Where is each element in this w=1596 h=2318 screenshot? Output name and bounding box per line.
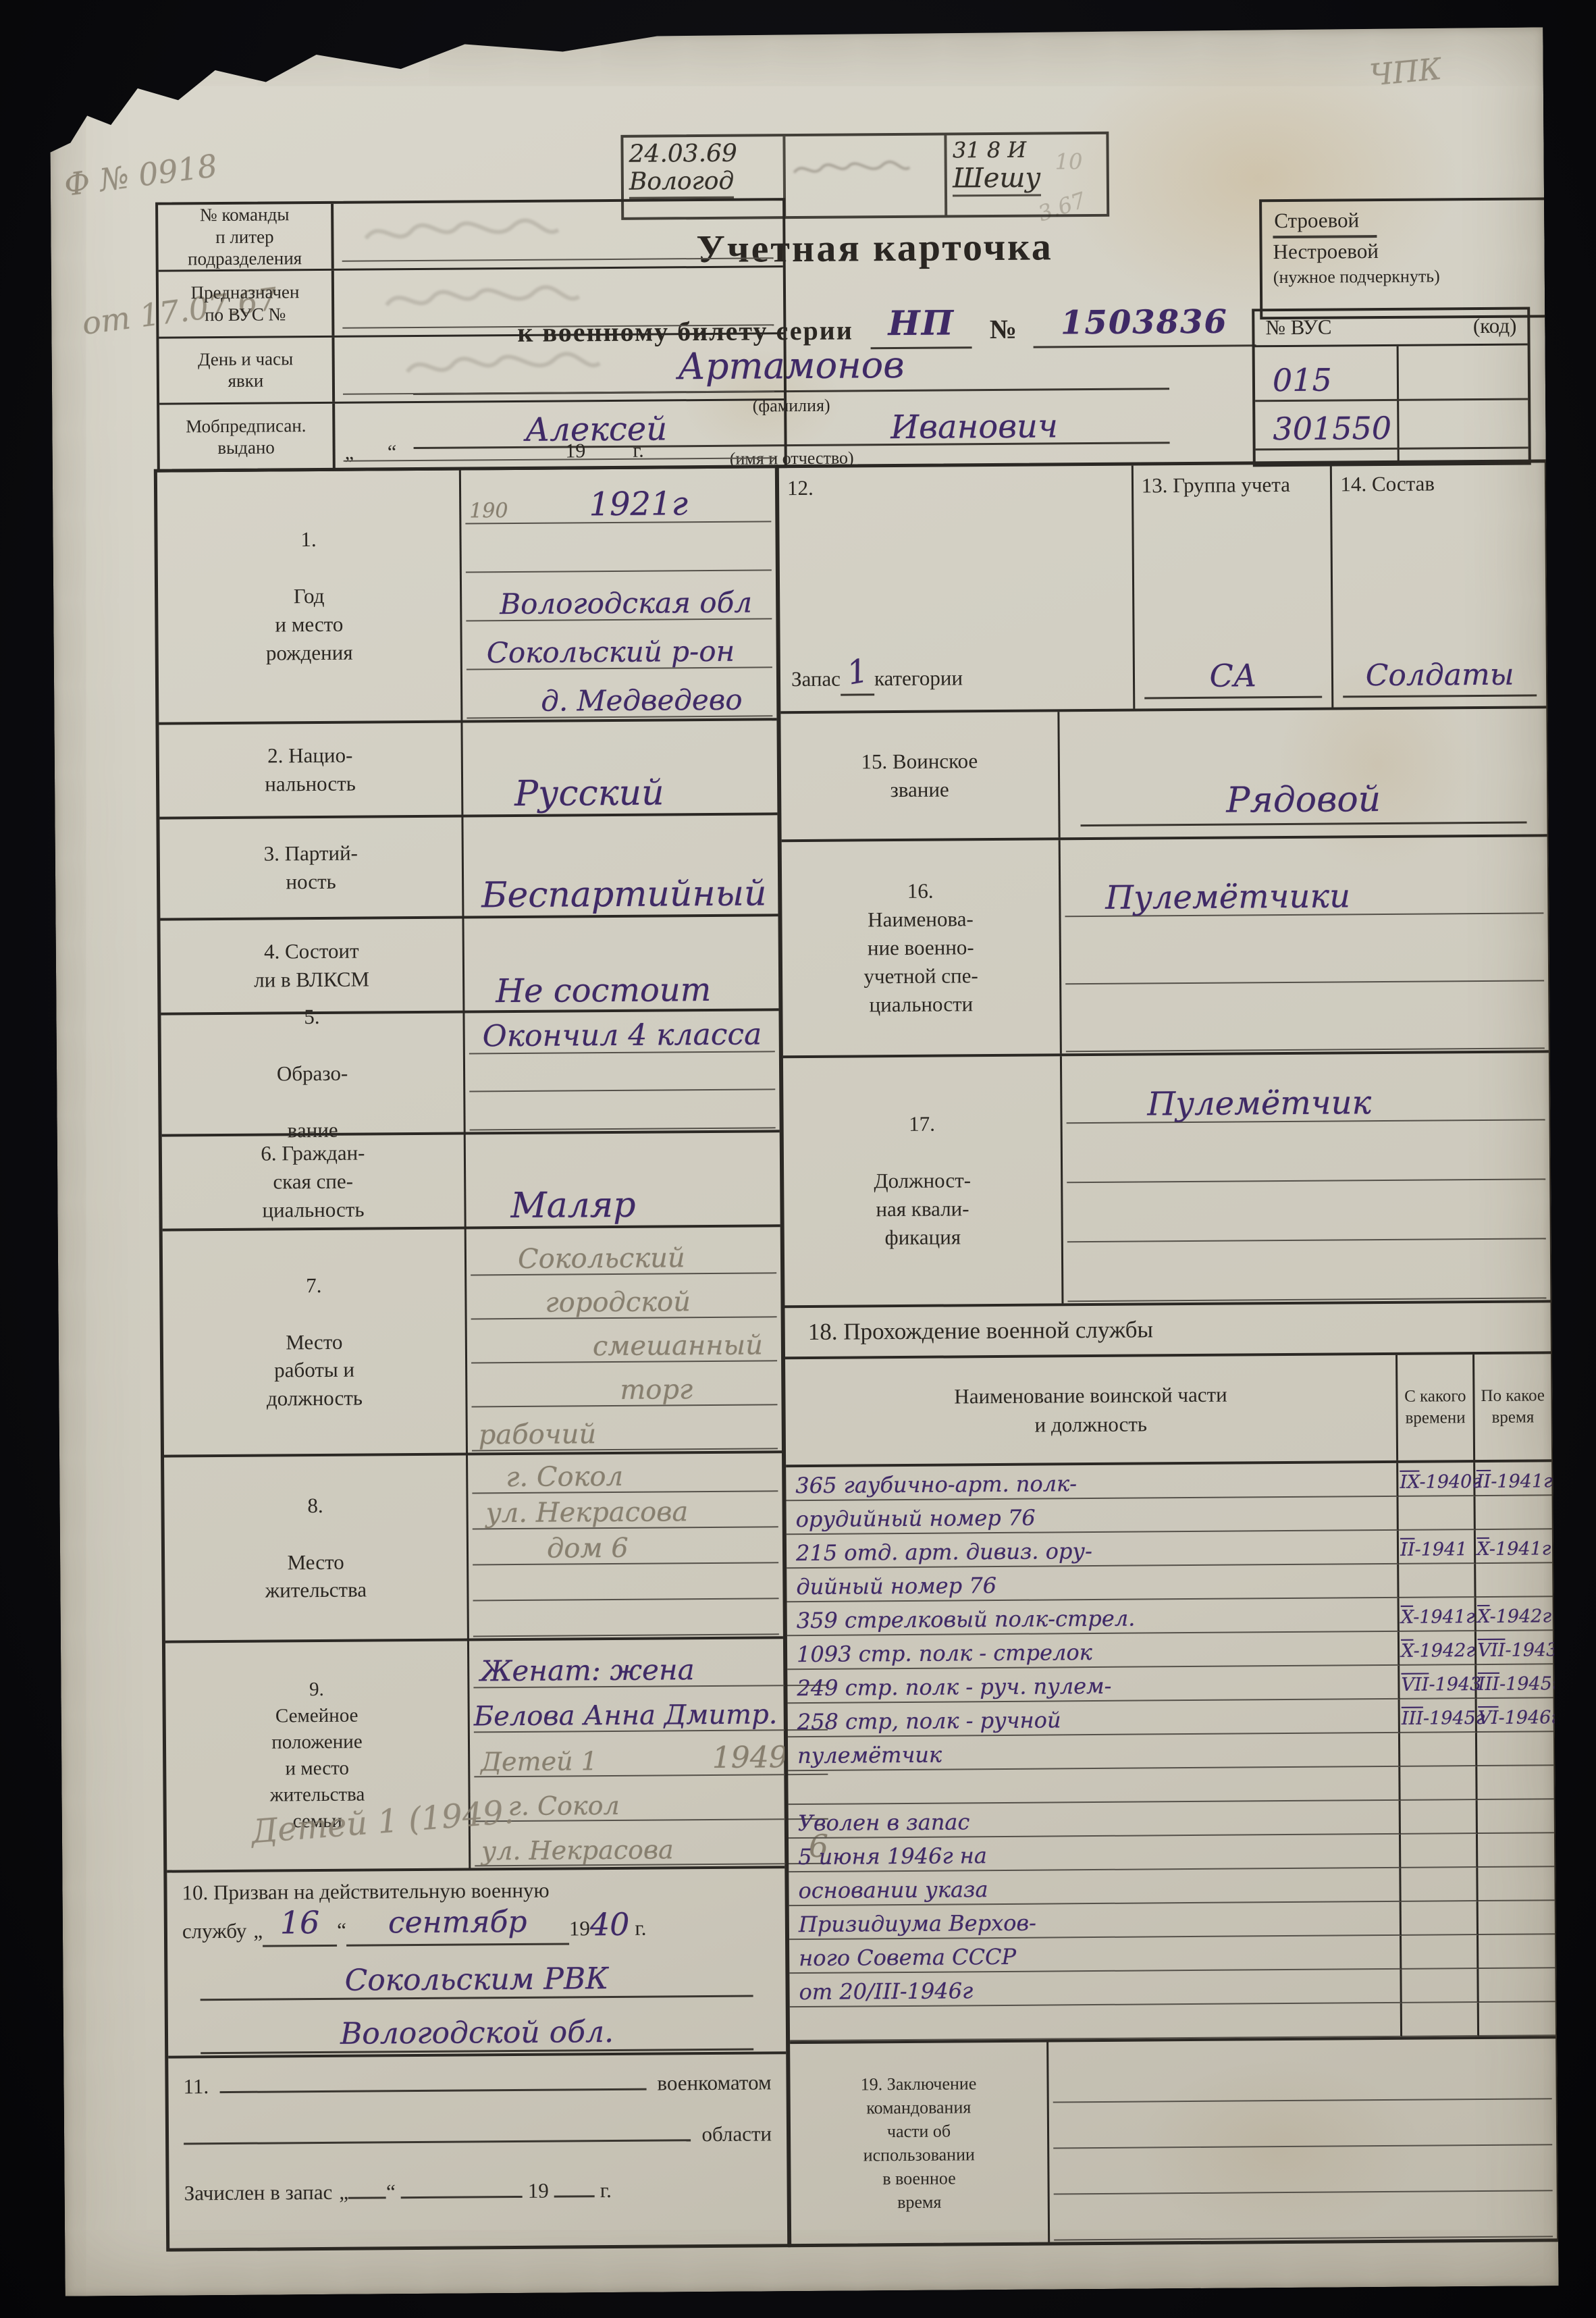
mobilization-box: № команды п литер подразделенияПредназна…	[155, 198, 787, 473]
ruled-line: Русский	[467, 730, 774, 813]
mob-row-value	[334, 267, 784, 335]
field15-label: 15. Воинское звание	[861, 747, 978, 804]
service-row: дийный номер 76	[787, 1563, 1552, 1602]
field-residence-label: 8. Место жительства	[265, 1491, 367, 1604]
handwritten-entry: орудийный номер 76	[796, 1505, 1036, 1532]
service-row: 215 отд. арт. дивиз. ору-II-1941X-1941г	[787, 1529, 1552, 1569]
combat-hint: (нужное подчеркнуть)	[1273, 264, 1538, 289]
field-education-value: Окончил 4 класса	[464, 1011, 779, 1132]
mob-row: № команды п литер подразделения	[158, 201, 783, 269]
service-to-cell	[1478, 1833, 1555, 1868]
handwritten-entry: ул. Некрасова	[481, 1837, 674, 1865]
blank-rule	[184, 2118, 691, 2144]
field-nationality-label: 2. Нацио- нальность	[265, 741, 356, 799]
handwritten-entry: Детей 1	[481, 1748, 597, 1776]
ruled-line: Сокольский р-он	[466, 619, 772, 670]
service-unit-cell: 1093 стр. полк - стрелок	[787, 1632, 1400, 1670]
service-from-cell: VII-1943	[1400, 1665, 1477, 1700]
vus-code-label: (код)	[1473, 314, 1517, 338]
service-row: 249 стр. полк - руч. пулем-VII-1943III-1…	[787, 1664, 1553, 1704]
service-row: 359 стрелковый полк-стрел.X-1941гX-1942г	[787, 1597, 1553, 1636]
handwritten-entry: основании указа	[798, 1876, 988, 1903]
composition-rule: Солдаты	[1343, 660, 1537, 697]
service-row: 258 стр, полк - ручнойIII-1945гVI-1946г	[788, 1698, 1553, 1737]
conscription-office: Сокольским РВК	[344, 1961, 608, 1998]
enlist-text: Зачислен в запас	[184, 2180, 333, 2206]
mob-year-line: „“19г.	[345, 438, 775, 464]
roman-month: II	[1477, 1471, 1491, 1492]
stamp-place: Вологод	[629, 167, 735, 199]
service-unit-cell: 215 отд. арт. дивиз. ору-	[787, 1531, 1400, 1569]
blank-gap	[396, 457, 565, 458]
ruled-line	[473, 1563, 778, 1601]
conscription-office-rule: Сокольским РВК	[200, 1953, 753, 2001]
stamp-date: 24.03.69	[629, 139, 777, 168]
handwritten-entry: от 20/III-1946г	[799, 1978, 973, 2005]
service-section-title: 18. Прохождение военной службы	[784, 1300, 1551, 1359]
ruled-line	[1065, 914, 1544, 984]
service-unit-cell: от 20/III-1946г	[789, 1970, 1402, 2007]
service-unit-cell: 5 июня 1946г на	[789, 1835, 1402, 1872]
service-unit-cell	[788, 1767, 1401, 1805]
handwritten-entry: торг	[620, 1376, 693, 1405]
row-12-13-14: 12. Запас 1 категории 13. Группа учета С…	[779, 463, 1546, 711]
handwritten-entry: Сокольский	[518, 1244, 685, 1274]
enlist-suffix: г.	[600, 2178, 612, 2203]
field17-label: 17. Должност- ная квали- фикация	[874, 1110, 972, 1252]
handwritten-entry: 359 стрелковый полк-стрел.	[797, 1606, 1136, 1634]
ruled-line	[465, 522, 771, 573]
ruled-line	[473, 1599, 779, 1637]
handwritten-entry: X-1941г	[1477, 1538, 1551, 1560]
service-unit-cell: ного Совета СССР	[789, 1936, 1402, 1974]
roman-month: X	[1477, 1539, 1489, 1560]
ruled-line: Маляр	[470, 1143, 776, 1225]
ruled-line: рабочий	[472, 1405, 778, 1451]
handwritten-entry: Пулемётчик	[1147, 1086, 1371, 1122]
field11-number: 11.	[183, 2074, 209, 2099]
number-sign: №	[990, 314, 1019, 344]
military-specialty-value: Пулемётчики	[1061, 837, 1549, 1053]
blank-rule	[554, 2174, 595, 2197]
service-unit-cell: орудийный номер 76	[787, 1497, 1400, 1535]
ruled-line: Не состоит	[469, 927, 775, 1009]
service-from-cell	[1402, 1969, 1479, 2003]
service-from-cell	[1402, 1935, 1479, 1970]
handwritten-entry: 365 гаубично-арт. полк-	[795, 1471, 1077, 1498]
ruled-line: 1901921г	[465, 473, 771, 524]
left-column: 1. Год и место рождения 1901921гВологодс…	[154, 465, 791, 2251]
service-from-cell: IX-1940г	[1398, 1463, 1475, 1497]
roman-month: III	[1402, 1708, 1423, 1729]
service-from-cell: III-1945г	[1400, 1699, 1477, 1733]
handwritten-entry: 258 стр, полк - ручной	[797, 1707, 1061, 1735]
year-print: 19	[569, 1916, 590, 1941]
service-unit-cell: 359 стрелковый полк-стрел.	[787, 1598, 1400, 1636]
stamp-cell-smudge	[782, 136, 945, 217]
service-unit-cell: 249 стр. полк - руч. пулем-	[787, 1666, 1400, 1704]
field-education: 5. Образо- вание Окончил 4 класса	[161, 1008, 779, 1134]
ruled-line	[1053, 2099, 1552, 2149]
service-to-cell	[1478, 1901, 1555, 1935]
ruled-line: смешанный	[471, 1317, 777, 1363]
handwritten-entry: Не состоит	[496, 974, 711, 1009]
roman-month: IX	[1400, 1472, 1419, 1493]
field-education-label: 5. Образо- вание	[276, 1003, 348, 1144]
service-table-header: Наименование воинской части и должность …	[785, 1354, 1551, 1467]
rank-rule: Рядовой	[1080, 781, 1526, 827]
service-to-cell	[1477, 1799, 1554, 1834]
vus-value-2: 301550	[1273, 410, 1391, 447]
chpk-pencil-mark: ЧПК	[1368, 52, 1443, 93]
handwritten-entry: 249 стр. полк - руч. пулем-	[797, 1673, 1111, 1701]
service-from-cell	[1401, 1800, 1478, 1835]
conscription-region: Вологодской обл.	[340, 2015, 614, 2051]
field-family-value: Женат: женаБелова Анна Дмитр.Детей 11949…	[469, 1639, 832, 1868]
service-table-body: 365 гаубично-арт. полк-IX-1940гII-1941го…	[786, 1462, 1555, 2041]
field-position-qualification: 17. Должност- ная квали- фикация Пулемёт…	[783, 1050, 1551, 1305]
service-unit-cell: основании указа	[789, 1868, 1402, 1906]
ruled-line: Женат: жена	[473, 1641, 827, 1689]
service-unit-cell: пулемётчик	[788, 1733, 1401, 1771]
blank-rule	[219, 2067, 647, 2093]
stamp-cell-signature: 31 8 И Шешу	[945, 134, 1107, 215]
service-row: орудийный номер 76	[787, 1496, 1552, 1535]
handwritten-entry: 190	[469, 501, 508, 523]
field-residence: 8. Место жительства г. Соколул. Некрасов…	[164, 1450, 783, 1640]
enlist-year: 19	[528, 2179, 549, 2203]
service-row: Уволен в запас	[789, 1799, 1554, 1839]
number-value: 1503836	[1061, 303, 1228, 342]
ruled-line: Белова Анна Дмитр.	[473, 1686, 827, 1733]
mob-row-value	[334, 334, 784, 402]
handwritten-entry: II-1941	[1400, 1539, 1467, 1560]
category-underline: 1	[841, 656, 874, 695]
handwritten-entry: Окончил 4 класса	[483, 1020, 762, 1053]
printed-char: 19	[565, 440, 585, 463]
handwritten-entry: д. Медведево	[541, 686, 743, 717]
mob-row-label: Мобпредписан. выдано	[159, 404, 336, 470]
registration-card-paper: Ф № 0918 от 17.07.67 ЧПК 10 3.67 24.03.6…	[49, 27, 1558, 2296]
handwritten-entry: г. Сокол	[508, 1793, 620, 1820]
field-reserve-category: 12. Запас 1 категории	[779, 466, 1133, 712]
vus-header: № ВУС (код)	[1254, 309, 1527, 347]
service-to-cell	[1475, 1496, 1552, 1530]
handwritten-entry: VII-1943г	[1478, 1639, 1568, 1661]
command-conclusion-value	[1048, 2038, 1557, 2242]
handwritten-entry: III-1945г	[1402, 1708, 1485, 1729]
combat-line-underlined: Строевой	[1273, 207, 1377, 238]
ruled-line: ул. Некрасова6	[475, 1820, 828, 1867]
handwritten-entry: Сокольский р-он	[487, 637, 735, 669]
handwritten-entry: Русский	[514, 775, 664, 813]
handwritten-entry: г. Сокол	[506, 1463, 623, 1492]
service-from-cell	[1402, 2003, 1479, 2037]
mob-row-label: № команды п литер подразделения	[158, 204, 334, 270]
ruled-line	[1054, 2191, 1553, 2240]
erased-pencil-marks	[361, 211, 563, 253]
printed-char: “	[388, 441, 397, 464]
enlistment-line1: 11. военкоматом	[183, 2066, 771, 2099]
reserve-post: категории	[874, 666, 963, 691]
service-from-cell	[1399, 1496, 1476, 1531]
service-unit-cell: Призидиума Верхов-	[789, 1902, 1402, 1940]
handwritten-entry: VII-1943	[1402, 1674, 1482, 1695]
month-underline: сентябр	[346, 1908, 569, 1946]
handwritten-entry: 1949	[712, 1743, 788, 1774]
day-underline: 16	[263, 1908, 337, 1947]
ruled-line: д. Медведево	[467, 668, 772, 718]
enlistment-line3: Зачислен в запас „ “ 19 г.	[184, 2173, 772, 2205]
account-group-rule: СА	[1144, 660, 1322, 700]
handwritten-entry: 1093 стр. полк - стрелок	[797, 1639, 1092, 1667]
handwritten-entry: городской	[545, 1288, 691, 1318]
conscription-month: сентябр	[388, 1905, 527, 1940]
service-to-cell	[1478, 1867, 1555, 1901]
field-party-label: 3. Партий- ность	[263, 839, 358, 897]
service-to-cell	[1477, 1732, 1554, 1766]
service-to-cell	[1479, 1968, 1555, 2003]
conscription-line2: службу „ 16 “ сентябр 19 40 г.	[182, 1905, 770, 1947]
field-rank: 15. Воинское звание Рядовой	[780, 706, 1547, 839]
handwritten-entry: X-1942г	[1401, 1640, 1475, 1662]
ruled-line: торг	[471, 1361, 777, 1407]
field-account-group: 13. Группа учета СА	[1131, 465, 1331, 709]
roman-month: VII	[1478, 1640, 1506, 1661]
handwritten-entry: 5 июня 1946г на	[798, 1843, 987, 1870]
service-unit-cell: 258 стр, полк - ручной	[788, 1700, 1401, 1737]
vus-row: 015	[1255, 345, 1528, 402]
field-workplace: 7. Место работы и должность Сокольскийго…	[163, 1224, 782, 1454]
account-group-value: СА	[1209, 657, 1256, 693]
field-party: 3. Партий- ность Беспартийный	[159, 812, 778, 918]
service-to-cell: X-1942г	[1476, 1597, 1553, 1631]
service-unit-cell	[790, 2003, 1403, 2041]
service-row: Призидиума Верхов-	[789, 1901, 1555, 1940]
mob-row-value: „“19г.	[335, 400, 784, 468]
service-col-from: С какого времени	[1398, 1354, 1474, 1460]
handwritten-entry: дом 6	[547, 1535, 629, 1564]
service-to-cell: VI-1946г	[1477, 1698, 1553, 1733]
patronymic: Иванович	[890, 407, 1058, 446]
field-birth-label: 1. Год и место рождения	[265, 525, 353, 667]
blank-rule	[401, 2175, 523, 2198]
vus-body: 015 301550	[1255, 345, 1528, 464]
archive-number-line: Ф № 0918	[61, 137, 262, 209]
service-from-cell	[1399, 1564, 1476, 1598]
service-unit-cell: Уволен в запас	[789, 1801, 1402, 1839]
service-from-cell: X-1942г	[1400, 1631, 1477, 1666]
field12-number: 12.	[779, 466, 1132, 509]
service-to-cell	[1479, 1934, 1555, 1969]
service-row	[790, 2002, 1555, 2041]
blank-rule	[348, 2176, 386, 2198]
ruled-line	[1053, 2145, 1552, 2194]
vus-code-box: № ВУС (код) 015 301550	[1252, 307, 1531, 467]
service-from-cell	[1401, 1834, 1478, 1868]
field14-label: 14. Состав	[1332, 463, 1545, 504]
ruled-line: г. Сокол	[474, 1775, 828, 1822]
service-to-cell	[1477, 1766, 1554, 1800]
rank-value: Рядовой	[1226, 779, 1381, 821]
roman-month: VII	[1402, 1675, 1429, 1695]
field-military-specialty: 16. Наименова- ние военно- учетной спе- …	[782, 834, 1549, 1055]
field-komsomol-value: Не состоит	[464, 916, 778, 1010]
handwritten-entry: II-1941г	[1477, 1471, 1553, 1492]
service-row: ного Совета СССР	[789, 1934, 1555, 1974]
handwritten-entry: Вологодская обл	[500, 589, 752, 621]
field-nationality-value: Русский	[462, 720, 777, 814]
handwritten-entry: ул. Некрасова	[485, 1498, 688, 1528]
field-nationality: 2. Нацио- нальность Русский	[159, 718, 777, 816]
position-qualification-value: Пулемётчик	[1062, 1053, 1551, 1303]
ruled-line: городской	[471, 1273, 776, 1319]
field-composition: 14. Состав Солдаты	[1330, 463, 1546, 707]
ruled-line	[1053, 2053, 1551, 2103]
service-row: от 20/III-1946г	[789, 1968, 1555, 2007]
conscription-line1: 10. Призван на действительную военную	[182, 1876, 770, 1905]
handwritten-entry: Беспартийный	[481, 876, 767, 914]
service-row	[788, 1766, 1553, 1805]
field-enlistment: 11. военкоматом области Зачислен в запас…	[168, 2051, 787, 2251]
service-from-cell	[1402, 1868, 1479, 1902]
quote-close: “	[337, 1918, 346, 1943]
field-party-value: Беспартийный	[463, 815, 778, 916]
service-row: 5 июня 1946г на	[789, 1833, 1554, 1872]
right-column: 12. Запас 1 категории 13. Группа учета С…	[776, 459, 1560, 2247]
field-komsomol-label: 4. Состоит ли в ВЛКСМ	[254, 937, 369, 995]
handwritten-entry: X-1941г	[1401, 1606, 1475, 1628]
field-residence-value: г. Соколул. Некрасовадом 6	[468, 1453, 783, 1638]
service-unit-cell: 365 гаубично-арт. полк-	[786, 1463, 1399, 1501]
service-from-cell	[1400, 1766, 1477, 1801]
mob-row-value	[334, 201, 783, 268]
service-row: 365 гаубично-арт. полк-IX-1940гII-1941г	[786, 1462, 1551, 1501]
field-birth: 1. Год и место рождения 1901921гВологодс…	[157, 468, 777, 722]
field-command-conclusion: 19. Заключение командования части об исп…	[790, 2036, 1557, 2244]
handwritten-entry: 215 отд. арт. дивиз. ору-	[796, 1538, 1092, 1566]
roman-month: II	[1400, 1539, 1415, 1560]
roman-month: X	[1401, 1641, 1413, 1662]
handwritten-entry: смешанный	[593, 1332, 763, 1361]
mob-row: Предназначен по ВУС №	[159, 265, 784, 336]
handwritten-entry: пулемётчик	[797, 1742, 942, 1768]
conscription-year: 40	[590, 1906, 630, 1943]
composition-value: Солдаты	[1366, 658, 1514, 693]
combat-line: Нестроевой	[1273, 237, 1537, 266]
ruled-line: Беспартийный	[468, 826, 774, 914]
service-to-cell: X-1941г	[1475, 1529, 1552, 1564]
ruled-line: Сокольский	[471, 1230, 776, 1275]
ruled-line	[469, 1052, 775, 1092]
service-to-cell	[1476, 1563, 1553, 1598]
service-col-to: По какое время	[1474, 1354, 1551, 1460]
handwritten-entry: Уволен в запас	[798, 1809, 970, 1836]
oblast-word: области	[701, 2122, 772, 2146]
handwritten-entry: Женат: жена	[480, 1656, 695, 1687]
service-row: 1093 стр. полк - стрелокX-1942гVII-1943г	[787, 1631, 1553, 1670]
service-col-unit: Наименование воинской части и должность	[785, 1355, 1398, 1465]
mob-row: Мобпредписан. выдано„“19г.	[159, 398, 784, 469]
series-value: НП	[888, 302, 955, 343]
service-from-cell: II-1941	[1399, 1530, 1476, 1564]
handwritten-entry: III-1945г	[1478, 1673, 1562, 1695]
field-workplace-value: Сокольскийгородскойсмешанныйторграбочий	[467, 1227, 782, 1452]
ruled-line: ул. Некрасова	[472, 1492, 778, 1529]
ruled-line	[1067, 1120, 1546, 1183]
handwritten-entry: Пулемётчики	[1105, 880, 1350, 916]
handwritten-entry: Призидиума Верхов-	[799, 1910, 1036, 1937]
voenkomat-word: военкоматом	[657, 2070, 771, 2095]
service-unit-cell: дийный номер 76	[787, 1564, 1400, 1602]
field19-label: 19. Заключение командования части об исп…	[790, 2043, 1050, 2244]
field-birth-value: 1901921гВологодская облСокольский р-онд.…	[461, 468, 777, 720]
printed-char: г.	[633, 440, 644, 463]
reserve-pre: Запас	[791, 667, 841, 692]
handwritten-entry: Маляр	[510, 1188, 635, 1225]
conscription-day: 16	[280, 1904, 320, 1941]
handwritten-entry: дийный номер 76	[796, 1573, 996, 1600]
handwritten-entry: Белова Анна Дмитр.	[474, 1701, 778, 1731]
reserve-category-line: Запас 1 категории	[791, 654, 1129, 696]
ruled-line: дом 6	[473, 1527, 778, 1565]
field13-label: 13. Группа учета	[1133, 465, 1330, 506]
field-workplace-label: 7. Место работы и должность	[266, 1271, 363, 1413]
stamp-number: 31 8 И	[953, 137, 1101, 163]
field-civil-specialty: 6. Граждан- ская спе- циальность Маляр	[162, 1130, 780, 1228]
quote-open: „	[339, 2180, 348, 2205]
combat-status-box: Строевой Нестроевой (нужное подчеркнуть)	[1259, 197, 1551, 319]
field-civil-specialty-label: 6. Граждан- ская спе- циальность	[261, 1139, 365, 1225]
service-to-cell: III-1945г	[1477, 1664, 1553, 1699]
roman-month: III	[1478, 1674, 1499, 1695]
roman-month: VI	[1478, 1708, 1498, 1729]
ruled-line	[1067, 1239, 1547, 1302]
ruled-line: г. Сокол	[472, 1456, 778, 1494]
ruled-line	[469, 1090, 775, 1131]
ruled-line: Пулемётчик	[1066, 1061, 1545, 1124]
field-komsomol: 4. Состоит ли в ВЛКСМ Не состоит	[160, 914, 778, 1012]
service-from-cell	[1400, 1733, 1477, 1767]
quote-open: „	[253, 1919, 263, 1943]
ruled-line	[1065, 981, 1545, 1052]
stamp-signature: Шешу	[953, 162, 1041, 196]
field16-label: 16. Наименова- ние военно- учетной спе- …	[863, 877, 978, 1019]
service-row: основании указа	[789, 1867, 1554, 1906]
service-row: пулемётчик	[788, 1732, 1553, 1771]
roman-month: X	[1477, 1606, 1489, 1627]
vus-value-1: 015	[1273, 362, 1332, 399]
ruled-line: Детей 11949	[474, 1731, 828, 1778]
enlistment-line2: области	[184, 2117, 772, 2150]
field-conscription: 10. Призван на действительную военную сл…	[167, 1866, 786, 2055]
service-from-cell	[1402, 1901, 1479, 1936]
vus-row: 301550	[1255, 398, 1528, 450]
roman-month: X	[1401, 1607, 1413, 1628]
handwritten-entry: IX-1940г	[1400, 1471, 1481, 1493]
ruled-line: Вологодская обл	[466, 571, 772, 621]
handwritten-entry: 1921г	[589, 488, 688, 522]
mob-row-label: День и часы явки	[159, 337, 335, 403]
ruled-line: Пулемётчики	[1065, 846, 1544, 917]
mob-row-label: Предназначен по ВУС №	[159, 271, 335, 337]
service-to-cell: II-1941г	[1475, 1462, 1552, 1496]
printed-char: „	[345, 442, 354, 465]
conscription-region-rule: Вологодской обл.	[201, 2007, 753, 2055]
erased-pencil-marks	[402, 345, 605, 387]
handwritten-entry: ного Совета СССР	[799, 1944, 1016, 1971]
handwritten-entry: X-1942г	[1477, 1606, 1551, 1627]
